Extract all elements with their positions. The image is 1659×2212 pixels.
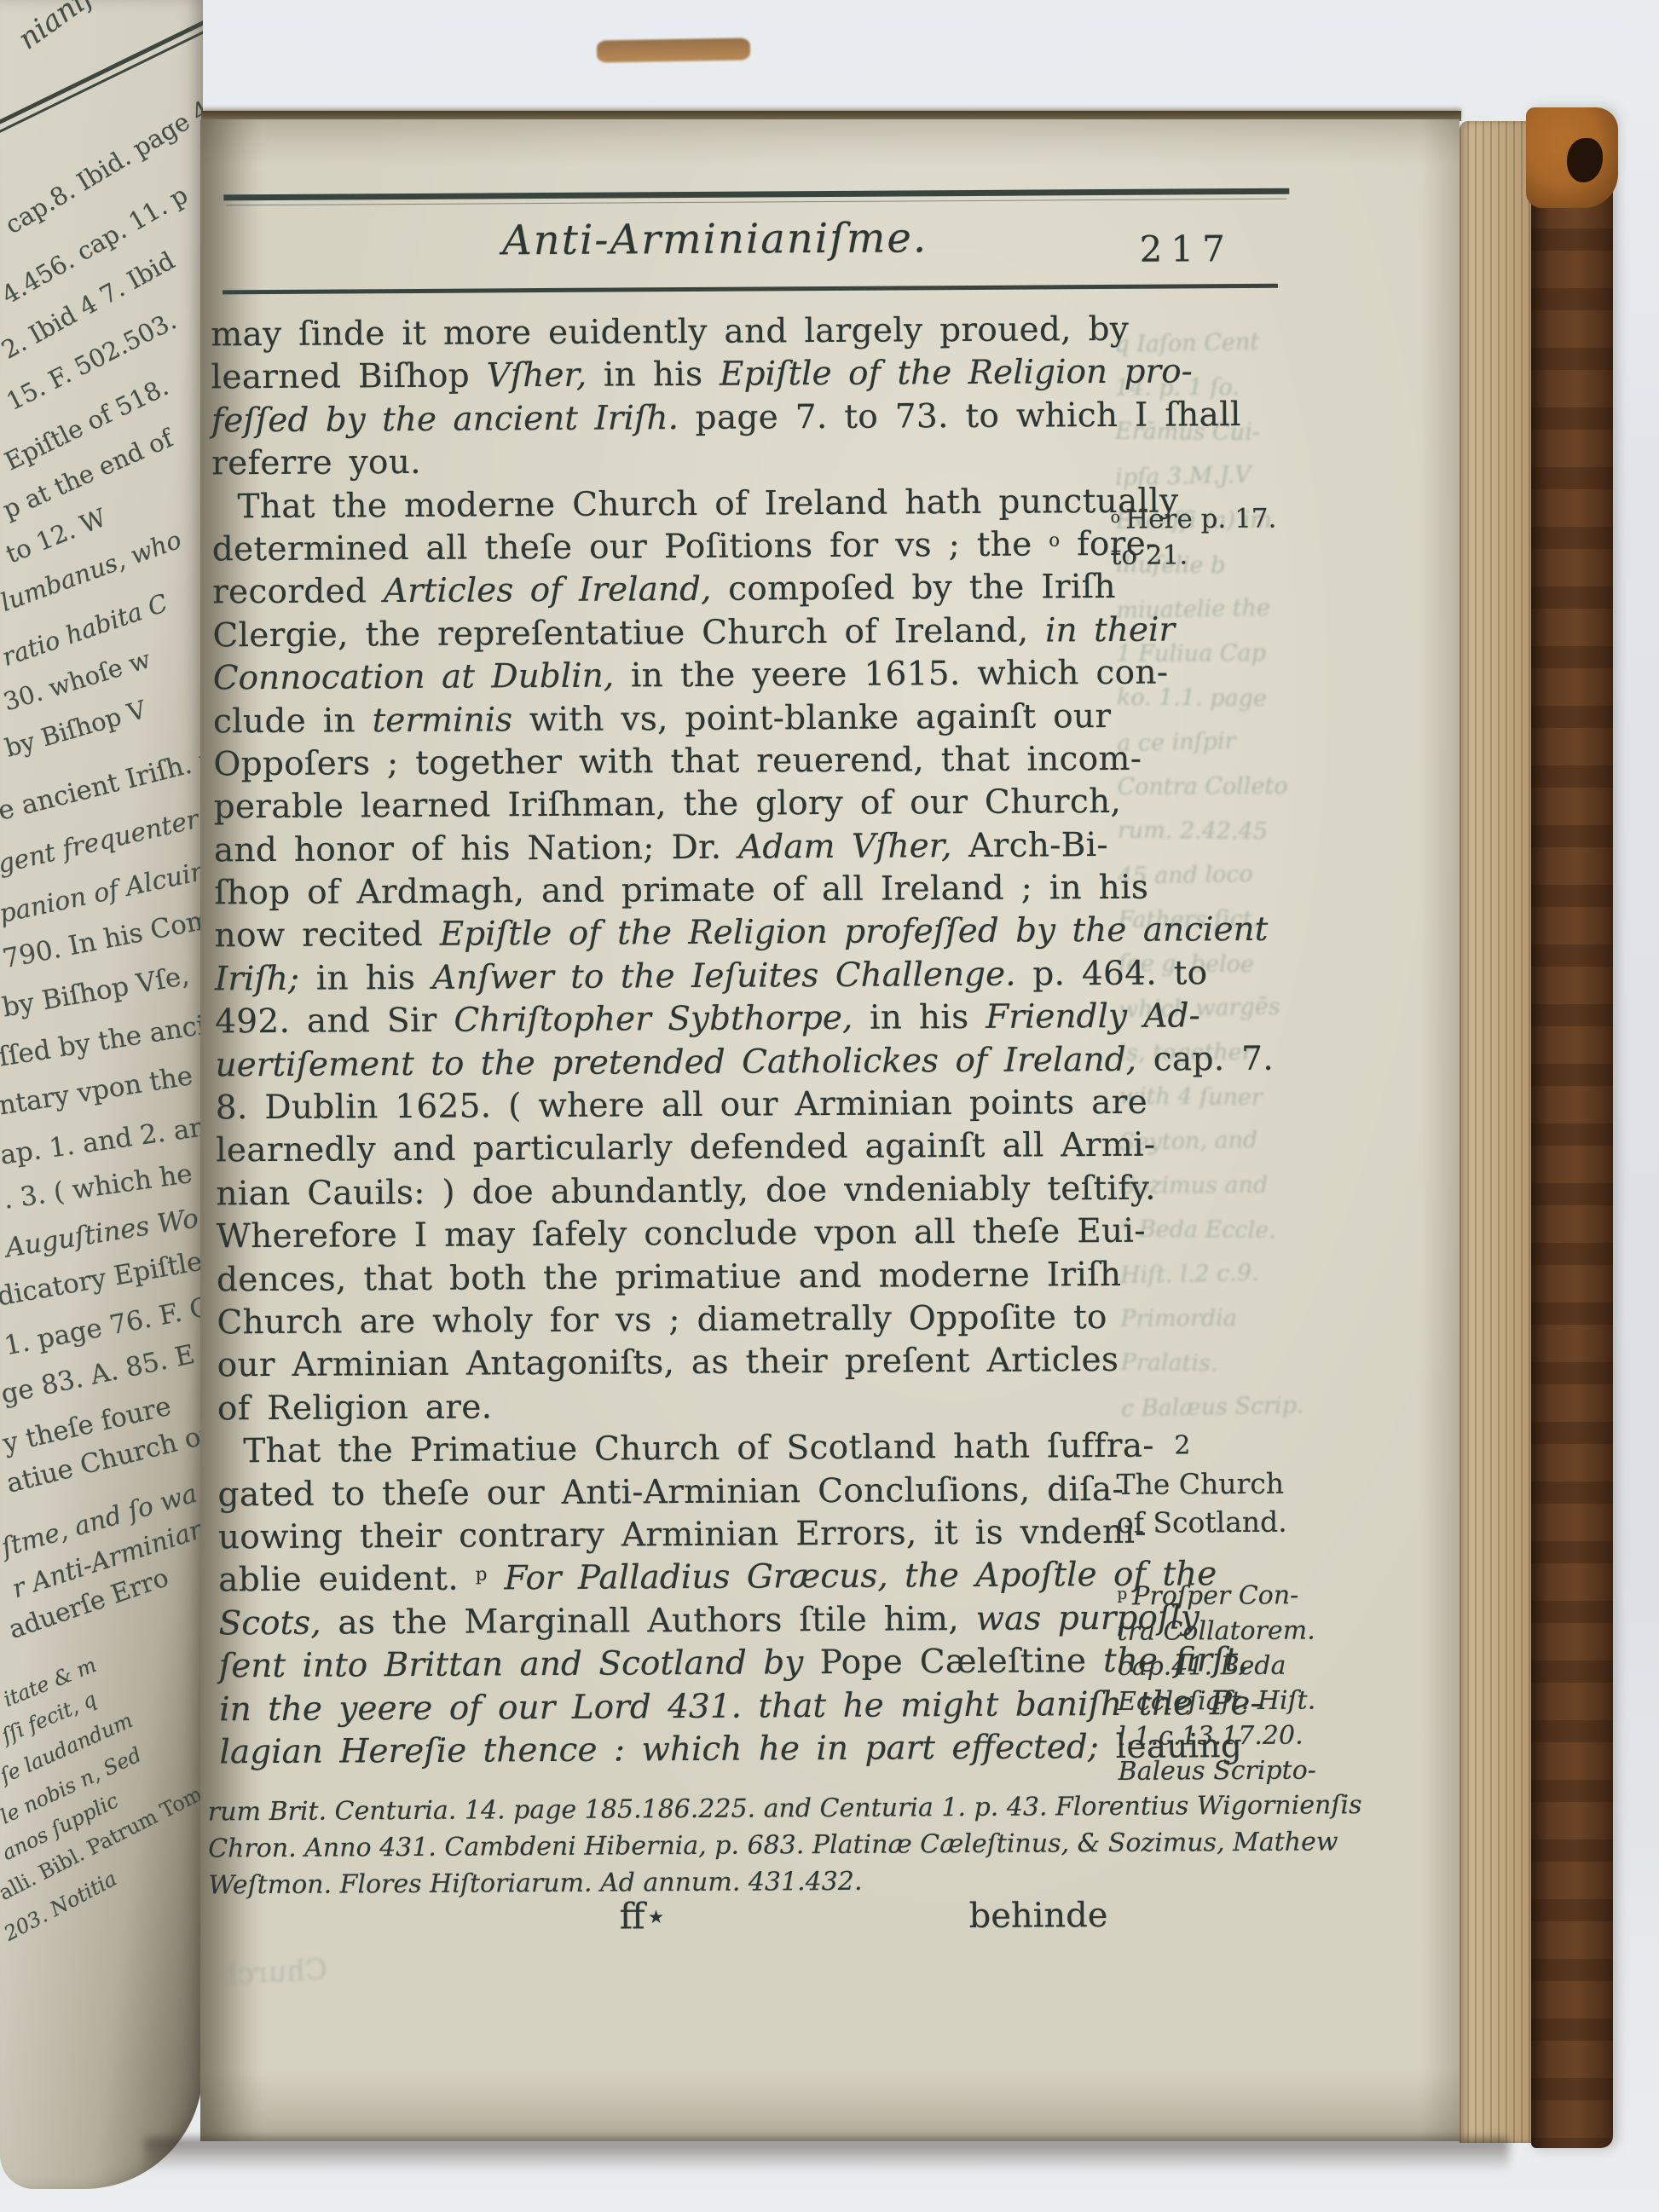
- signature-mark: ff⋆: [619, 1895, 667, 1937]
- ghost-line: rum. 2.42.45: [1118, 817, 1268, 845]
- body-line: Scots, as the Marginall Authors ſtile hi…: [218, 1597, 1139, 1646]
- book-page: Anti-Arminianiſme. 217 q Iaſon Cent14. p…: [200, 119, 1460, 2141]
- body-line: uowing their contrary Arminian Errors, i…: [218, 1511, 1139, 1560]
- body-line: gated to theſe our Anti-Arminian Concluſ…: [217, 1468, 1138, 1516]
- body-line: 492. and Sir Chriſtopher Sybthorpe, in h…: [215, 996, 1136, 1044]
- ghost-line: Primordia: [1120, 1305, 1237, 1332]
- margin-note-prosper: pProſper Con-tra Collatorem.cap.41. Beda…: [1117, 1575, 1366, 1788]
- body-line: ablie euident. p For Palladius Græcus, t…: [218, 1554, 1139, 1603]
- body-line: Clergie, the repreſentatiue Church of Ir…: [212, 609, 1133, 658]
- catchword: behinde: [968, 1896, 1107, 1936]
- margin-note-line: cap.41. Beda: [1118, 1648, 1365, 1684]
- footnote: rum Brit. Centuria. 14. page 185.186.225…: [208, 1787, 1343, 1903]
- page-surface: Anti-Arminianiſme. 217 q Iaſon Cent14. p…: [194, 116, 1465, 2146]
- left-page-fragment: nianiſme.: [12, 0, 143, 56]
- page-bottom-shadow: [145, 2138, 1509, 2172]
- body-line: perable learned Iriſhman, the glory of o…: [214, 781, 1135, 829]
- note-marker: o: [1111, 507, 1126, 527]
- body-line: That the moderne Church of Ireland hath …: [211, 480, 1132, 528]
- show-through-word: Church: [218, 1952, 328, 1992]
- margin-note-line: Baleus Scripto-: [1118, 1753, 1365, 1789]
- body-text: may ſinde it more euidently and largely …: [211, 309, 1140, 1775]
- left-page-edge: nianiſme.cap.8. Ibid. page 4.64.456. cap…: [0, 0, 203, 2189]
- margin-note-line: oHere p. 17.: [1110, 498, 1357, 537]
- margin-note-line: of Scotland.: [1117, 1502, 1364, 1542]
- body-line: 8. Dublin 1625. ( where all our Arminian…: [216, 1082, 1136, 1130]
- margin-note-line: tra Collatorem.: [1117, 1613, 1364, 1649]
- body-line: clude in terminis with vs, point-blanke …: [213, 695, 1134, 743]
- page-number: 217: [1140, 228, 1234, 270]
- margin-note-here: oHere p. 17.to 21.: [1110, 498, 1358, 573]
- running-title: Anti-Arminianiſme.: [476, 214, 953, 264]
- body-line: Iriſh; in his Anſwer to the Ieſuites Cha…: [215, 953, 1136, 1002]
- body-line: Church are wholy for vs ; diametrally Op…: [217, 1297, 1137, 1345]
- book-photo: nianiſme.cap.8. Ibid. page 4.64.456. cap…: [0, 0, 1659, 2212]
- note-marker: p: [1117, 1585, 1132, 1603]
- body-line: nian Cauils: ) doe abundantly, doe vnden…: [216, 1168, 1136, 1216]
- margin-note-line: l.1.c.13.17.20.: [1118, 1718, 1365, 1754]
- leather-wear-spot: [1567, 138, 1603, 182]
- ghost-line: c Balæus Scrip.: [1121, 1392, 1304, 1422]
- leather-corner: [1526, 107, 1618, 208]
- body-line: ſent into Brittan and Scotland by Pope C…: [219, 1640, 1140, 1689]
- body-line: Wherefore I may ſafely conclude vpon all…: [217, 1210, 1137, 1259]
- margin-note-line: pProſper Con-: [1117, 1575, 1364, 1614]
- body-line: referre you.: [211, 437, 1132, 486]
- margin-note-church-of-scotland: 2 The Churchof Scotland.: [1116, 1425, 1364, 1542]
- binding-smudge: [597, 38, 750, 62]
- body-line: ſhop of Ardmagh, and primate of all Irel…: [214, 867, 1135, 915]
- body-line: in the yeere of our Lord 431. that he mi…: [219, 1683, 1140, 1731]
- body-line: Oppoſers ; together with that reuerend, …: [213, 738, 1134, 787]
- margin-note-line: The Church: [1116, 1464, 1363, 1504]
- body-line: feſſed by the ancient Iriſh. page 7. to …: [211, 395, 1132, 443]
- ghost-line: Hiſt. l.2 c.9.: [1120, 1260, 1259, 1289]
- body-line: and honor of his Nation; Dr. Adam Vſher,…: [214, 823, 1135, 872]
- body-line: determined all theſe our Poſitions for v…: [212, 523, 1133, 572]
- body-line: uertiſement to the pretended Catholickes…: [215, 1038, 1136, 1087]
- body-line: learned Biſhop Vſher, in his Epiſtle of …: [211, 351, 1131, 400]
- body-line: of Religion are.: [217, 1383, 1138, 1431]
- body-line: recorded Articles of Ireland, compoſed b…: [212, 566, 1133, 615]
- header-rule-bottom: [223, 284, 1278, 295]
- page-edges: [1460, 121, 1531, 2143]
- body-line: lagian Hereſie thence : which he in part…: [219, 1726, 1140, 1775]
- margin-note-number: 2: [1116, 1425, 1363, 1465]
- body-line: our Arminian Antagoniſts, as their preſe…: [217, 1339, 1138, 1388]
- body-line: Connocation at Dublin, in the yeere 1615…: [213, 652, 1134, 701]
- leather-binding: [1531, 109, 1613, 2148]
- body-line: learnedly and particularly defended agai…: [216, 1124, 1136, 1173]
- header-rule-top: [223, 188, 1289, 201]
- body-line: now recited Epiſtle of the Religion prof…: [214, 910, 1135, 958]
- margin-note-line: Eccleſiaſt. Hiſt.: [1118, 1683, 1365, 1719]
- ghost-line: Contra Colleto: [1117, 773, 1287, 800]
- footnote-line: Chron. Anno 431. Cambdeni Hibernia, p. 6…: [208, 1823, 1342, 1867]
- margin-note-line: to 21.: [1111, 536, 1358, 574]
- body-line: That the Primatiue Church of Scotland ha…: [217, 1425, 1138, 1474]
- footnote-line: Weſtmon. Flores Hiſtoriarum. Ad annum. 4…: [208, 1860, 1342, 1903]
- body-line: may ſinde it more euidently and largely …: [211, 309, 1131, 357]
- body-line: dences, that both the primatiue and mode…: [217, 1253, 1137, 1302]
